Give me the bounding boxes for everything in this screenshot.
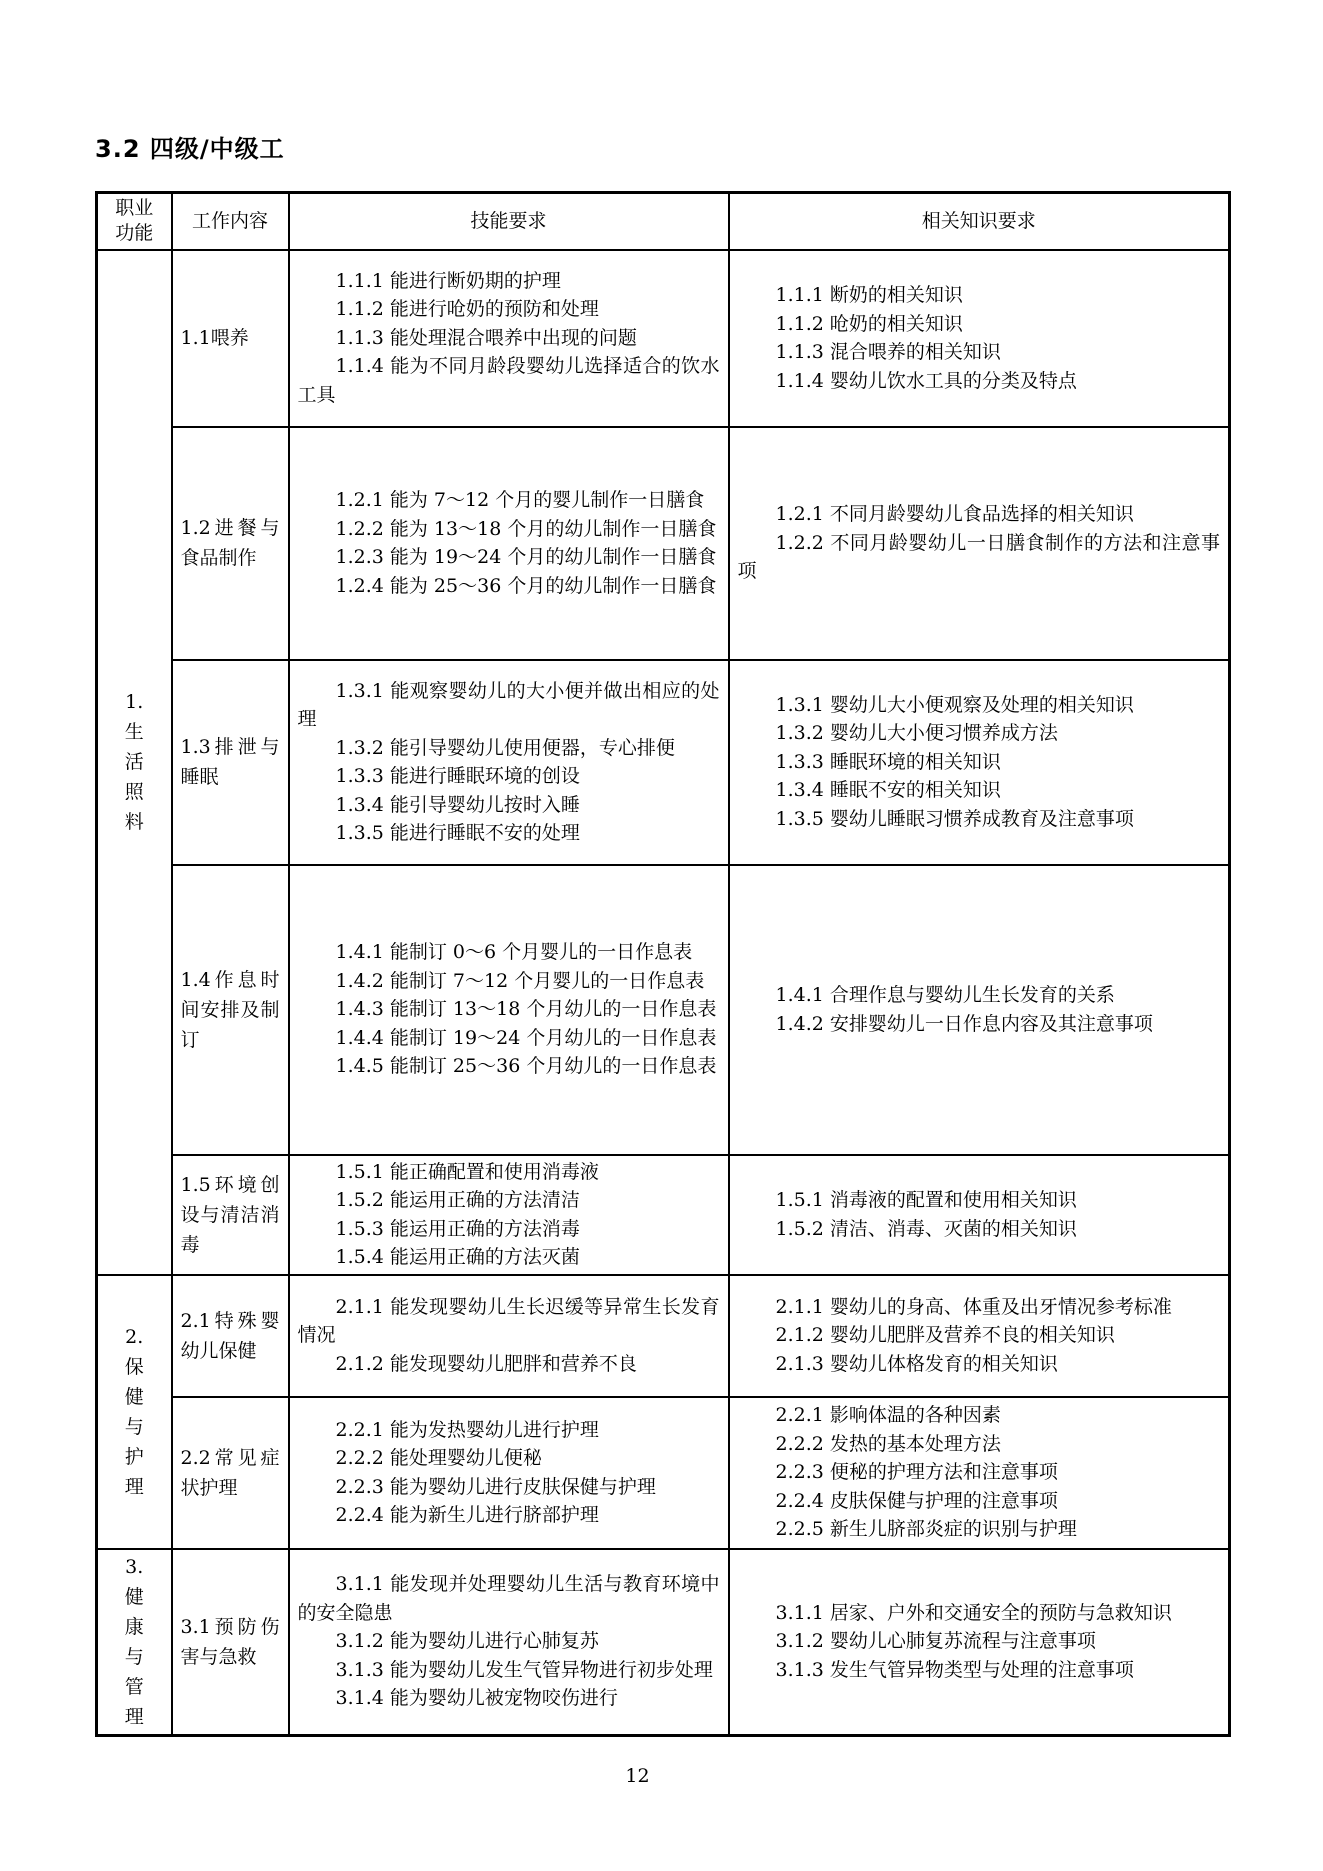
knowledge-cell: 1.1.1 断奶的相关知识 1.1.2 呛奶的相关知识 1.1.3 混合喂养的相…: [729, 250, 1230, 427]
knowledge-item: 2.2.5 新生儿脐部炎症的识别与护理: [738, 1515, 1221, 1544]
knowledge-item: 1.1.1 断奶的相关知识: [738, 281, 1221, 310]
skills-cell: 2.2.1 能为发热婴幼儿进行护理 2.2.2 能处理婴幼儿便秘 2.2.3 能…: [289, 1397, 729, 1549]
knowledge-item: 2.1.1 婴幼儿的身高、体重及出牙情况参考标准: [738, 1293, 1221, 1322]
knowledge-item: 1.4.1 合理作息与婴幼儿生长发育的关系: [738, 981, 1221, 1010]
skill-item: 1.4.3 能制订 13～18 个月幼儿的一日作息表: [298, 995, 720, 1024]
page-number: 12: [95, 1765, 1180, 1787]
knowledge-item: 1.3.2 婴幼儿大小便习惯养成方法: [738, 719, 1221, 748]
skill-item: 2.2.2 能处理婴幼儿便秘: [298, 1444, 720, 1473]
knowledge-item: 2.2.2 发热的基本处理方法: [738, 1430, 1221, 1459]
work-content-cell: 1.4作息时间安排及制订: [172, 865, 289, 1155]
skill-item: 2.2.4 能为新生儿进行脐部护理: [298, 1501, 720, 1530]
skills-cell: 3.1.1 能发现并处理婴幼儿生活与教育环境中的安全隐患 3.1.2 能为婴幼儿…: [289, 1549, 729, 1736]
header-knowledge-requirements: 相关知识要求: [729, 193, 1230, 250]
skills-cell: 1.1.1 能进行断奶期的护理 1.1.2 能进行呛奶的预防和处理 1.1.3 …: [289, 250, 729, 427]
skill-item: 1.4.2 能制订 7～12 个月婴儿的一日作息表: [298, 967, 720, 996]
skill-item: 1.5.4 能运用正确的方法灭菌: [298, 1243, 720, 1272]
skills-cell: 1.3.1 能观察婴幼儿的大小便并做出相应的处理 1.3.2 能引导婴幼儿使用便…: [289, 660, 729, 865]
knowledge-item: 1.5.1 消毒液的配置和使用相关知识: [738, 1186, 1221, 1215]
skill-item: 1.4.4 能制订 19～24 个月幼儿的一日作息表: [298, 1024, 720, 1053]
skill-item: 2.1.1 能发现婴幼儿生长迟缓等异常生长发育情况: [298, 1293, 720, 1350]
skill-item: 1.5.2 能运用正确的方法清洁: [298, 1186, 720, 1215]
knowledge-item: 1.3.3 睡眠环境的相关知识: [738, 748, 1221, 777]
skill-item: 1.4.1 能制订 0～6 个月婴儿的一日作息表: [298, 938, 720, 967]
skill-item: 1.3.2 能引导婴幼儿使用便器，专心排便: [298, 734, 720, 763]
skill-item: 1.1.4 能为不同月龄段婴幼儿选择适合的饮水工具: [298, 352, 720, 409]
knowledge-item: 2.2.4 皮肤保健与护理的注意事项: [738, 1487, 1221, 1516]
skill-item: 1.2.3 能为 19～24 个月的幼儿制作一日膳食: [298, 543, 720, 572]
header-work-content: 工作内容: [172, 193, 289, 250]
skill-item: 1.3.4 能引导婴幼儿按时入睡: [298, 791, 720, 820]
header-skill-requirements: 技能要求: [289, 193, 729, 250]
table-row: 2.2常见症状护理 2.2.1 能为发热婴幼儿进行护理 2.2.2 能处理婴幼儿…: [97, 1397, 1230, 1549]
table-row: 1. 生 活 照 料 1.1喂养 1.1.1 能进行断奶期的护理 1.1.2 能…: [97, 250, 1230, 427]
knowledge-item: 1.3.5 婴幼儿睡眠习惯养成教育及注意事项: [738, 805, 1221, 834]
skill-item: 3.1.3 能为婴幼儿发生气管异物进行初步处理: [298, 1656, 720, 1685]
table-row: 2. 保 健 与 护 理 2.1特殊婴幼儿保健 2.1.1 能发现婴幼儿生长迟缓…: [97, 1275, 1230, 1397]
knowledge-item: 2.2.3 便秘的护理方法和注意事项: [738, 1458, 1221, 1487]
skill-item: 1.1.3 能处理混合喂养中出现的问题: [298, 324, 720, 353]
skills-cell: 1.2.1 能为 7～12 个月的婴儿制作一日膳食 1.2.2 能为 13～18…: [289, 427, 729, 660]
skill-item: 1.1.2 能进行呛奶的预防和处理: [298, 295, 720, 324]
knowledge-item: 1.4.2 安排婴幼儿一日作息内容及其注意事项: [738, 1010, 1221, 1039]
skills-cell: 1.5.1 能正确配置和使用消毒液 1.5.2 能运用正确的方法清洁 1.5.3…: [289, 1155, 729, 1275]
work-content-cell: 1.5环境创设与清洁消毒: [172, 1155, 289, 1275]
section-label-life-care: 1. 生 活 照 料: [97, 250, 172, 1275]
work-content-cell: 1.2进餐与食品制作: [172, 427, 289, 660]
skill-item: 1.3.5 能进行睡眠不安的处理: [298, 819, 720, 848]
skill-item: 1.3.3 能进行睡眠环境的创设: [298, 762, 720, 791]
knowledge-item: 2.2.1 影响体温的各种因素: [738, 1401, 1221, 1430]
knowledge-item: 1.5.2 清洁、消毒、灭菌的相关知识: [738, 1215, 1221, 1244]
knowledge-cell: 2.1.1 婴幼儿的身高、体重及出牙情况参考标准 2.1.2 婴幼儿肥胖及营养不…: [729, 1275, 1230, 1397]
knowledge-item: 3.1.1 居家、户外和交通安全的预防与急救知识: [738, 1599, 1221, 1628]
knowledge-cell: 1.4.1 合理作息与婴幼儿生长发育的关系 1.4.2 安排婴幼儿一日作息内容及…: [729, 865, 1230, 1155]
skill-item: 1.5.1 能正确配置和使用消毒液: [298, 1158, 720, 1187]
knowledge-cell: 2.2.1 影响体温的各种因素 2.2.2 发热的基本处理方法 2.2.3 便秘…: [729, 1397, 1230, 1549]
skill-item: 2.1.2 能发现婴幼儿肥胖和营养不良: [298, 1350, 720, 1379]
work-content-cell: 1.3排泄与睡眠: [172, 660, 289, 865]
knowledge-item: 3.1.3 发生气管异物类型与处理的注意事项: [738, 1656, 1221, 1685]
skill-item: 1.2.1 能为 7～12 个月的婴儿制作一日膳食: [298, 486, 720, 515]
section-label-health-management: 3. 健 康 与 管 理: [97, 1549, 172, 1736]
knowledge-item: 2.1.2 婴幼儿肥胖及营养不良的相关知识: [738, 1321, 1221, 1350]
knowledge-item: 1.2.1 不同月龄婴幼儿食品选择的相关知识: [738, 500, 1221, 529]
work-content-cell: 2.2常见症状护理: [172, 1397, 289, 1549]
table-row: 3. 健 康 与 管 理 3.1预防伤害与急救 3.1.1 能发现并处理婴幼儿生…: [97, 1549, 1230, 1736]
knowledge-item: 1.1.2 呛奶的相关知识: [738, 310, 1221, 339]
work-content-cell: 2.1特殊婴幼儿保健: [172, 1275, 289, 1397]
table-header-row: 职业 功能 工作内容 技能要求 相关知识要求: [97, 193, 1230, 250]
knowledge-item: 3.1.2 婴幼儿心肺复苏流程与注意事项: [738, 1627, 1221, 1656]
table-row: 1.5环境创设与清洁消毒 1.5.1 能正确配置和使用消毒液 1.5.2 能运用…: [97, 1155, 1230, 1275]
page-title: 3.2 四级/中级工: [95, 134, 1323, 164]
knowledge-cell: 3.1.1 居家、户外和交通安全的预防与急救知识 3.1.2 婴幼儿心肺复苏流程…: [729, 1549, 1230, 1736]
work-content-cell: 3.1预防伤害与急救: [172, 1549, 289, 1736]
skill-item: 1.3.1 能观察婴幼儿的大小便并做出相应的处理: [298, 677, 720, 734]
work-content-cell: 1.1喂养: [172, 250, 289, 427]
section-label-health-care: 2. 保 健 与 护 理: [97, 1275, 172, 1549]
knowledge-item: 1.1.4 婴幼儿饮水工具的分类及特点: [738, 367, 1221, 396]
knowledge-item: 1.2.2 不同月龄婴幼儿一日膳食制作的方法和注意事项: [738, 529, 1221, 586]
knowledge-cell: 1.3.1 婴幼儿大小便观察及处理的相关知识 1.3.2 婴幼儿大小便习惯养成方…: [729, 660, 1230, 865]
skills-cell: 2.1.1 能发现婴幼儿生长迟缓等异常生长发育情况 2.1.2 能发现婴幼儿肥胖…: [289, 1275, 729, 1397]
skill-item: 3.1.4 能为婴幼儿被宠物咬伤进行: [298, 1684, 720, 1713]
knowledge-item: 2.1.3 婴幼儿体格发育的相关知识: [738, 1350, 1221, 1379]
table-row: 1.2进餐与食品制作 1.2.1 能为 7～12 个月的婴儿制作一日膳食 1.2…: [97, 427, 1230, 660]
skill-item: 2.2.3 能为婴幼儿进行皮肤保健与护理: [298, 1473, 720, 1502]
skill-item: 2.2.1 能为发热婴幼儿进行护理: [298, 1416, 720, 1445]
occupational-standards-table: 职业 功能 工作内容 技能要求 相关知识要求 1. 生 活 照 料 1.1喂养 …: [95, 191, 1231, 1737]
skill-item: 3.1.1 能发现并处理婴幼儿生活与教育环境中的安全隐患: [298, 1570, 720, 1627]
table-row: 1.4作息时间安排及制订 1.4.1 能制订 0～6 个月婴儿的一日作息表 1.…: [97, 865, 1230, 1155]
knowledge-item: 1.1.3 混合喂养的相关知识: [738, 338, 1221, 367]
skill-item: 1.4.5 能制订 25～36 个月幼儿的一日作息表: [298, 1052, 720, 1081]
header-occupational-function: 职业 功能: [97, 193, 172, 250]
knowledge-cell: 1.5.1 消毒液的配置和使用相关知识 1.5.2 清洁、消毒、灭菌的相关知识: [729, 1155, 1230, 1275]
skill-item: 3.1.2 能为婴幼儿进行心肺复苏: [298, 1627, 720, 1656]
skill-item: 1.2.2 能为 13～18 个月的幼儿制作一日膳食: [298, 515, 720, 544]
skill-item: 1.2.4 能为 25～36 个月的幼儿制作一日膳食: [298, 572, 720, 601]
skills-cell: 1.4.1 能制订 0～6 个月婴儿的一日作息表 1.4.2 能制订 7～12 …: [289, 865, 729, 1155]
skill-item: 1.5.3 能运用正确的方法消毒: [298, 1215, 720, 1244]
skill-item: 1.1.1 能进行断奶期的护理: [298, 267, 720, 296]
knowledge-item: 1.3.4 睡眠不安的相关知识: [738, 776, 1221, 805]
table-row: 1.3排泄与睡眠 1.3.1 能观察婴幼儿的大小便并做出相应的处理 1.3.2 …: [97, 660, 1230, 865]
knowledge-item: 1.3.1 婴幼儿大小便观察及处理的相关知识: [738, 691, 1221, 720]
knowledge-cell: 1.2.1 不同月龄婴幼儿食品选择的相关知识 1.2.2 不同月龄婴幼儿一日膳食…: [729, 427, 1230, 660]
